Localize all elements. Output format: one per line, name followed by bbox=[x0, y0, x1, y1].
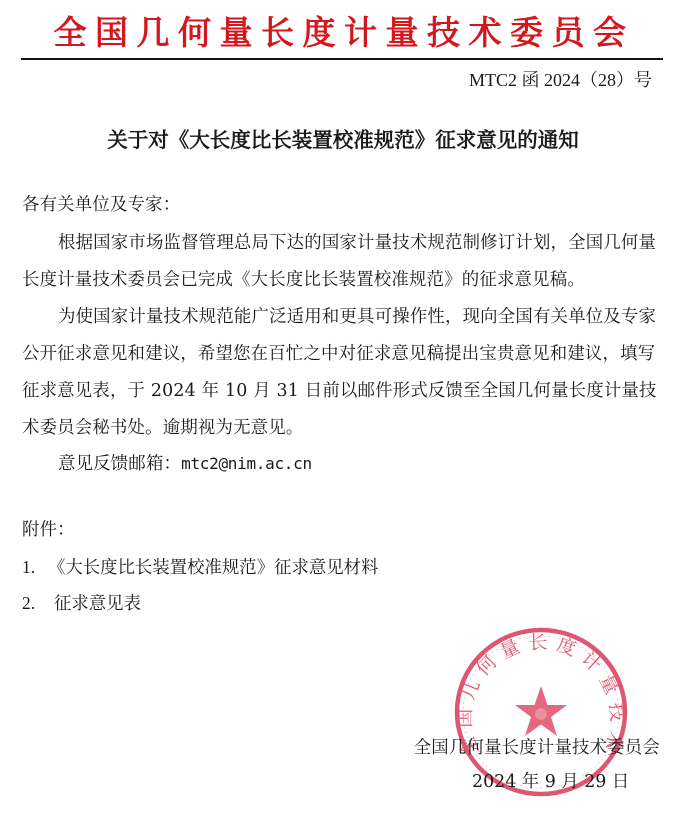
feedback-email-link[interactable]: mtc2@nim.ac.cn bbox=[181, 454, 312, 473]
attachment-item[interactable]: 2.征求意见表 bbox=[22, 585, 141, 623]
notice-title: 关于对《大长度比长装置校准规范》征求意见的通知 bbox=[0, 127, 682, 153]
organization-header: 全国几何量长度计量技术委员会 bbox=[0, 14, 682, 52]
signature-date: 2024 年 9 月 29 日 bbox=[472, 770, 629, 794]
attachment-item[interactable]: 1.《大长度比长装置校准规范》征求意见材料 bbox=[22, 549, 378, 587]
star-icon bbox=[515, 686, 567, 736]
header-divider bbox=[21, 58, 663, 60]
paragraph-2: 为使国家计量技术规范能广泛适用和更具可操作性，现向全国有关单位及专家公开征求意见… bbox=[22, 299, 662, 447]
paragraph-1: 根据国家市场监督管理总局下达的国家计量技术规范制修订计划，全国几何量长度计量技术… bbox=[22, 225, 662, 299]
attachment-text: 《大长度比长装置校准规范》征求意见材料 bbox=[48, 558, 378, 578]
salutation: 各有关单位及专家： bbox=[22, 187, 662, 224]
document-number: MTC2 函 2024（28）号 bbox=[469, 69, 652, 91]
attachment-number: 1. bbox=[22, 549, 48, 586]
feedback-label: 意见反馈邮箱： bbox=[58, 454, 181, 474]
attachment-text: 征求意见表 bbox=[48, 594, 141, 614]
signature-organization: 全国几何量长度计量技术委员会 bbox=[414, 736, 660, 760]
attachment-number: 2. bbox=[22, 585, 48, 622]
attachments-label: 附件： bbox=[22, 512, 662, 549]
feedback-line: 意见反馈邮箱：mtc2@nim.ac.cn bbox=[22, 445, 662, 483]
